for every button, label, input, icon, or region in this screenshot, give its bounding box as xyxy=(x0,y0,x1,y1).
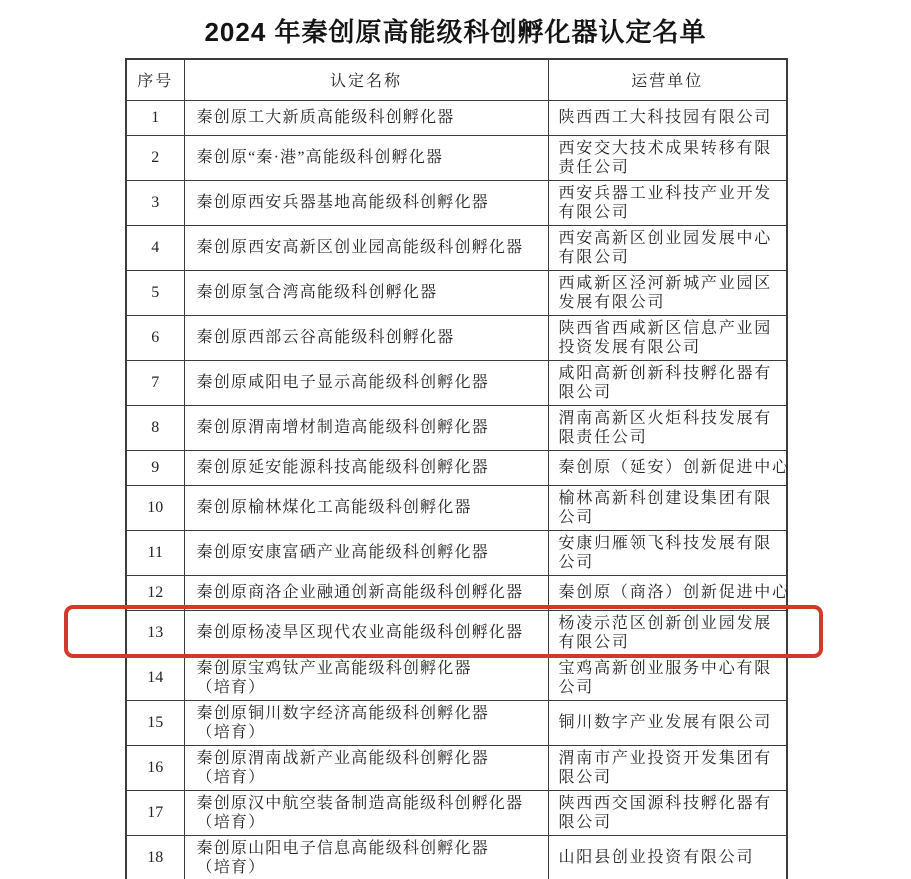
incubator-table: 序号 认定名称 运营单位 1秦创原工大新质高能级科创孵化器陕西西工大科技园有限公… xyxy=(125,58,788,879)
table-row: 18秦创原山阳电子信息高能级科创孵化器（培育）山阳县创业投资有限公司 xyxy=(126,835,787,879)
operator-line: 宝鸡高新创业服务中心有限 xyxy=(559,659,779,678)
operator-line: 渭南高新区火炬科技发展有 xyxy=(559,409,779,428)
operator-cell: 秦创原（商洛）创新促进中心 xyxy=(548,575,787,610)
name-line: 秦创原咸阳电子显示高能级科创孵化器 xyxy=(197,373,538,392)
table-row: 4秦创原西安高新区创业园高能级科创孵化器西安高新区创业园发展中心有限公司 xyxy=(126,225,787,270)
name-cell: 秦创原宝鸡钛产业高能级科创孵化器（培育） xyxy=(184,655,548,700)
operator-line: 安康归雁领飞科技发展有限 xyxy=(559,534,779,553)
row-number-cell: 18 xyxy=(126,835,184,879)
name-cell: 秦创原榆林煤化工高能级科创孵化器 xyxy=(184,485,548,530)
name-cell: 秦创原汉中航空装备制造高能级科创孵化器（培育） xyxy=(184,790,548,835)
name-line: 秦创原渭南增材制造高能级科创孵化器 xyxy=(197,418,538,437)
header-serial-number: 序号 xyxy=(126,59,184,100)
operator-line: 咸阳高新创新科技孵化器有 xyxy=(559,364,779,383)
table-row: 12秦创原商洛企业融通创新高能级科创孵化器秦创原（商洛）创新促进中心 xyxy=(126,575,787,610)
row-number-cell: 4 xyxy=(126,225,184,270)
name-cell: 秦创原咸阳电子显示高能级科创孵化器 xyxy=(184,360,548,405)
name-line: （培育） xyxy=(197,813,538,832)
operator-cell: 西安兵器工业科技产业开发有限公司 xyxy=(548,180,787,225)
header-operating-unit: 运营单位 xyxy=(548,59,787,100)
row-number-cell: 11 xyxy=(126,530,184,575)
name-cell: 秦创原“秦·港”高能级科创孵化器 xyxy=(184,135,548,180)
name-cell: 秦创原山阳电子信息高能级科创孵化器（培育） xyxy=(184,835,548,879)
name-cell: 秦创原渭南战新产业高能级科创孵化器（培育） xyxy=(184,745,548,790)
name-line: 秦创原安康富硒产业高能级科创孵化器 xyxy=(197,543,538,562)
name-cell: 秦创原工大新质高能级科创孵化器 xyxy=(184,100,548,135)
name-cell: 秦创原西安兵器基地高能级科创孵化器 xyxy=(184,180,548,225)
row-number-cell: 1 xyxy=(126,100,184,135)
operator-cell: 西安交大技术成果转移有限责任公司 xyxy=(548,135,787,180)
operator-line: 铜川数字产业发展有限公司 xyxy=(559,713,779,732)
operator-line: 限公司 xyxy=(559,383,779,402)
table-row: 15秦创原铜川数字经济高能级科创孵化器（培育）铜川数字产业发展有限公司 xyxy=(126,700,787,745)
table-row: 7秦创原咸阳电子显示高能级科创孵化器咸阳高新创新科技孵化器有限公司 xyxy=(126,360,787,405)
name-cell: 秦创原杨凌旱区现代农业高能级科创孵化器 xyxy=(184,610,548,655)
name-line: （培育） xyxy=(197,858,538,877)
table-row: 6秦创原西部云谷高能级科创孵化器陕西省西咸新区信息产业园投资发展有限公司 xyxy=(126,315,787,360)
name-line: 秦创原“秦·港”高能级科创孵化器 xyxy=(197,148,538,167)
name-line: （培育） xyxy=(197,723,538,742)
name-line: 秦创原宝鸡钛产业高能级科创孵化器 xyxy=(197,659,538,678)
operator-cell: 榆林高新科创建设集团有限公司 xyxy=(548,485,787,530)
row-number-cell: 15 xyxy=(126,700,184,745)
operator-cell: 咸阳高新创新科技孵化器有限公司 xyxy=(548,360,787,405)
operator-cell: 西咸新区泾河新城产业园区发展有限公司 xyxy=(548,270,787,315)
header-recognized-name: 认定名称 xyxy=(184,59,548,100)
operator-line: 责任公司 xyxy=(559,158,779,177)
row-number-cell: 17 xyxy=(126,790,184,835)
operator-line: 西安交大技术成果转移有限 xyxy=(559,139,779,158)
operator-line: 陕西省西咸新区信息产业园 xyxy=(559,319,779,338)
operator-line: 有限公司 xyxy=(559,248,779,267)
operator-line: 陕西西工大科技园有限公司 xyxy=(559,108,779,127)
operator-line: 陕西西交国源科技孵化器有 xyxy=(559,794,779,813)
name-line: 秦创原汉中航空装备制造高能级科创孵化器 xyxy=(197,794,538,813)
row-number-cell: 14 xyxy=(126,655,184,700)
header-row: 序号 认定名称 运营单位 xyxy=(126,59,787,100)
row-number-cell: 16 xyxy=(126,745,184,790)
table-row: 10秦创原榆林煤化工高能级科创孵化器榆林高新科创建设集团有限公司 xyxy=(126,485,787,530)
name-line: 秦创原西安高新区创业园高能级科创孵化器 xyxy=(197,238,538,257)
row-number-cell: 8 xyxy=(126,405,184,450)
table-row: 8秦创原渭南增材制造高能级科创孵化器渭南高新区火炬科技发展有限责任公司 xyxy=(126,405,787,450)
name-line: 秦创原工大新质高能级科创孵化器 xyxy=(197,108,538,127)
table-row: 9秦创原延安能源科技高能级科创孵化器秦创原（延安）创新促进中心 xyxy=(126,450,787,485)
operator-cell: 杨凌示范区创新创业园发展有限公司 xyxy=(548,610,787,655)
operator-cell: 陕西西工大科技园有限公司 xyxy=(548,100,787,135)
name-line: 秦创原商洛企业融通创新高能级科创孵化器 xyxy=(197,583,538,602)
operator-line: 山阳县创业投资有限公司 xyxy=(559,848,779,867)
operator-cell: 渭南市产业投资开发集团有限公司 xyxy=(548,745,787,790)
name-cell: 秦创原氢合湾高能级科创孵化器 xyxy=(184,270,548,315)
operator-cell: 秦创原（延安）创新促进中心 xyxy=(548,450,787,485)
name-line: 秦创原铜川数字经济高能级科创孵化器 xyxy=(197,704,538,723)
operator-cell: 宝鸡高新创业服务中心有限公司 xyxy=(548,655,787,700)
table-row: 14秦创原宝鸡钛产业高能级科创孵化器（培育）宝鸡高新创业服务中心有限公司 xyxy=(126,655,787,700)
row-number-cell: 13 xyxy=(126,610,184,655)
operator-cell: 安康归雁领飞科技发展有限公司 xyxy=(548,530,787,575)
document-page: 2024 年秦创原高能级科创孵化器认定名单 序号 认定名称 运营单位 1秦创原工… xyxy=(0,0,911,879)
table-row: 16秦创原渭南战新产业高能级科创孵化器（培育）渭南市产业投资开发集团有限公司 xyxy=(126,745,787,790)
table-row: 17秦创原汉中航空装备制造高能级科创孵化器（培育）陕西西交国源科技孵化器有限公司 xyxy=(126,790,787,835)
operator-line: 有限公司 xyxy=(559,203,779,222)
operator-cell: 陕西西交国源科技孵化器有限公司 xyxy=(548,790,787,835)
operator-line: 限责任公司 xyxy=(559,428,779,447)
operator-cell: 渭南高新区火炬科技发展有限责任公司 xyxy=(548,405,787,450)
operator-line: 限公司 xyxy=(559,768,779,787)
row-number-cell: 9 xyxy=(126,450,184,485)
operator-line: 投资发展有限公司 xyxy=(559,338,779,357)
operator-line: 榆林高新科创建设集团有限 xyxy=(559,489,779,508)
operator-cell: 陕西省西咸新区信息产业园投资发展有限公司 xyxy=(548,315,787,360)
table-row: 5秦创原氢合湾高能级科创孵化器西咸新区泾河新城产业园区发展有限公司 xyxy=(126,270,787,315)
name-cell: 秦创原延安能源科技高能级科创孵化器 xyxy=(184,450,548,485)
row-number-cell: 2 xyxy=(126,135,184,180)
operator-line: 西安高新区创业园发展中心 xyxy=(559,229,779,248)
name-line: 秦创原西部云谷高能级科创孵化器 xyxy=(197,328,538,347)
operator-cell: 山阳县创业投资有限公司 xyxy=(548,835,787,879)
name-line: 秦创原杨凌旱区现代农业高能级科创孵化器 xyxy=(197,623,538,642)
operator-line: 发展有限公司 xyxy=(559,293,779,312)
name-line: 秦创原渭南战新产业高能级科创孵化器 xyxy=(197,749,538,768)
operator-line: 西咸新区泾河新城产业园区 xyxy=(559,274,779,293)
operator-line: 公司 xyxy=(559,508,779,527)
operator-line: 秦创原（延安）创新促进中心 xyxy=(559,458,779,477)
table-row: 3秦创原西安兵器基地高能级科创孵化器西安兵器工业科技产业开发有限公司 xyxy=(126,180,787,225)
row-number-cell: 12 xyxy=(126,575,184,610)
name-line: 秦创原氢合湾高能级科创孵化器 xyxy=(197,283,538,302)
name-line: 秦创原榆林煤化工高能级科创孵化器 xyxy=(197,498,538,517)
table-row: 13秦创原杨凌旱区现代农业高能级科创孵化器杨凌示范区创新创业园发展有限公司 xyxy=(126,610,787,655)
operator-cell: 铜川数字产业发展有限公司 xyxy=(548,700,787,745)
page-title: 2024 年秦创原高能级科创孵化器认定名单 xyxy=(0,12,911,49)
name-line: （培育） xyxy=(197,768,538,787)
operator-line: 公司 xyxy=(559,553,779,572)
name-cell: 秦创原安康富硒产业高能级科创孵化器 xyxy=(184,530,548,575)
operator-line: 渭南市产业投资开发集团有 xyxy=(559,749,779,768)
row-number-cell: 6 xyxy=(126,315,184,360)
table-row: 11秦创原安康富硒产业高能级科创孵化器安康归雁领飞科技发展有限公司 xyxy=(126,530,787,575)
row-number-cell: 10 xyxy=(126,485,184,530)
name-line: 秦创原延安能源科技高能级科创孵化器 xyxy=(197,458,538,477)
operator-line: 有限公司 xyxy=(559,633,779,652)
operator-line: 杨凌示范区创新创业园发展 xyxy=(559,614,779,633)
table-row: 1秦创原工大新质高能级科创孵化器陕西西工大科技园有限公司 xyxy=(126,100,787,135)
name-line: 秦创原山阳电子信息高能级科创孵化器 xyxy=(197,839,538,858)
operator-line: 公司 xyxy=(559,678,779,697)
name-line: 秦创原西安兵器基地高能级科创孵化器 xyxy=(197,193,538,212)
row-number-cell: 7 xyxy=(126,360,184,405)
row-number-cell: 3 xyxy=(126,180,184,225)
operator-line: 限公司 xyxy=(559,813,779,832)
operator-line: 秦创原（商洛）创新促进中心 xyxy=(559,583,779,602)
name-cell: 秦创原西部云谷高能级科创孵化器 xyxy=(184,315,548,360)
table-row: 2秦创原“秦·港”高能级科创孵化器西安交大技术成果转移有限责任公司 xyxy=(126,135,787,180)
operator-cell: 西安高新区创业园发展中心有限公司 xyxy=(548,225,787,270)
name-cell: 秦创原商洛企业融通创新高能级科创孵化器 xyxy=(184,575,548,610)
name-line: （培育） xyxy=(197,678,538,697)
operator-line: 西安兵器工业科技产业开发 xyxy=(559,184,779,203)
name-cell: 秦创原铜川数字经济高能级科创孵化器（培育） xyxy=(184,700,548,745)
name-cell: 秦创原渭南增材制造高能级科创孵化器 xyxy=(184,405,548,450)
row-number-cell: 5 xyxy=(126,270,184,315)
name-cell: 秦创原西安高新区创业园高能级科创孵化器 xyxy=(184,225,548,270)
